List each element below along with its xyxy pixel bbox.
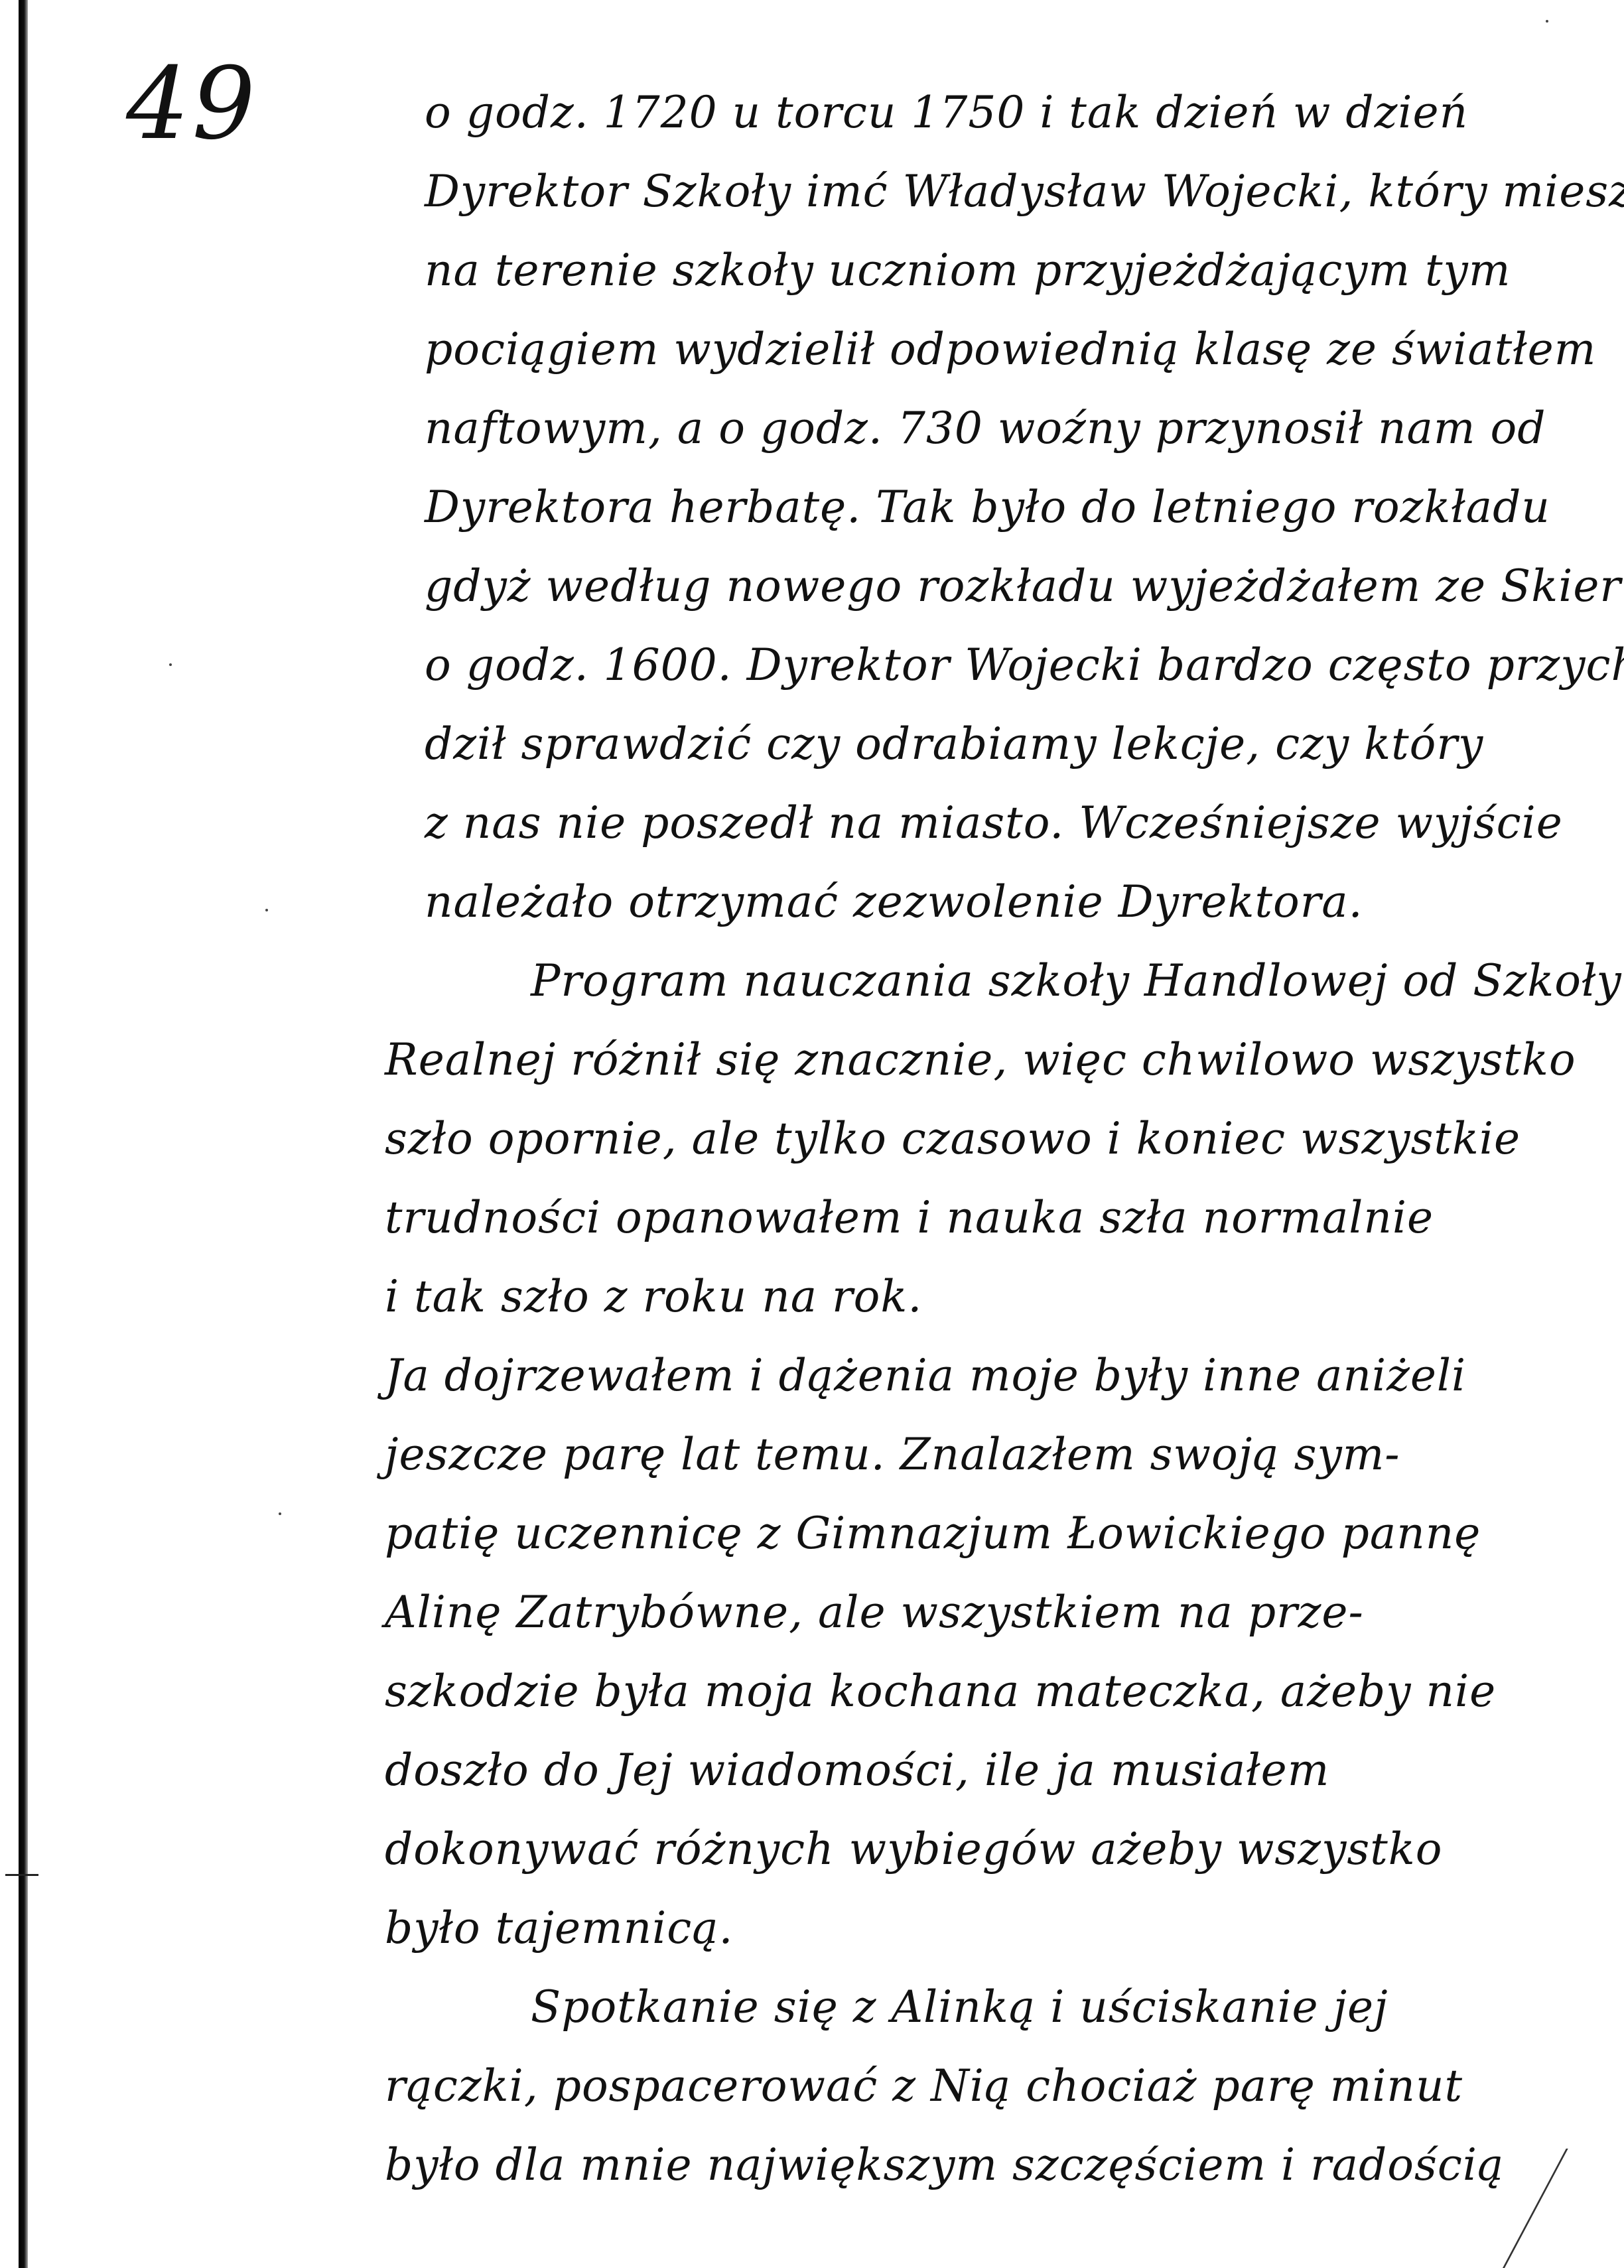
text-line: o godz. 1720 u torcu 1750 i tak dzień w … [425,73,1579,152]
paper-speck [169,663,172,666]
text-line: szło opornie, ale tylko czasowo i koniec… [385,1099,1579,1178]
text-line: gdyż według nowego rozkładu wyjeżdżałem … [425,547,1579,626]
text-line: doszło do Jej wiadomości, ile ja musiałe… [385,1731,1579,1810]
binding-mark [5,1874,38,1876]
paragraph-start-line: Program nauczania szkoły Handlowej od Sz… [425,941,1579,1020]
text-line: rączki, pospacerować z Nią chociaż parę … [385,2046,1579,2125]
text-line: Dyrektora herbatę. Tak było do letniego … [425,468,1579,547]
text-line: jeszcze parę lat temu. Znalazłem swoją s… [385,1415,1579,1494]
paper-speck [265,909,268,911]
paragraph-start-line: Spotkanie się z Alinką i uściskanie jej [425,1968,1579,2046]
text-line: o godz. 1600. Dyrektor Wojecki bardzo cz… [425,626,1579,704]
text-line: szkodzie była moja kochana mateczka, aże… [385,1652,1579,1731]
text-line: należało otrzymać zezwolenie Dyrektora. [425,862,1579,941]
paper-speck [1546,20,1548,23]
text-line: i tak szło z roku na rok. [385,1257,1579,1336]
text-line: patię uczennicę z Gimnazjum Łowickiego p… [385,1494,1579,1573]
text-line: Alinę Zatrybówne, ale wszystkiem na prze… [385,1573,1579,1652]
text-line: z nas nie poszedł na miasto. Wcześniejsz… [425,783,1579,862]
paper-speck [279,1512,281,1515]
text-line: było tajemnicą. [385,1889,1579,1968]
text-line: Dyrektor Szkoły imć Władysław Wojecki, k… [425,152,1579,231]
page-number: 49 [126,46,258,162]
page-binding-edge [19,0,28,2268]
text-line: na terenie szkoły uczniom przyjeżdżający… [425,231,1579,310]
text-line: trudności opanowałem i nauka szła normal… [385,1178,1579,1257]
text-line: dokonywać różnych wybiegów ażeby wszystk… [385,1810,1579,1889]
text-line: było dla mnie największym szczęściem i r… [385,2125,1579,2204]
handwritten-text-block: o godz. 1720 u torcu 1750 i tak dzień w … [425,73,1579,2204]
text-line: dził sprawdzić czy odrabiamy lekcje, czy… [425,704,1579,783]
paragraph-start-line: Ja dojrzewałem i dążenia moje były inne … [385,1336,1579,1415]
text-line: Realnej różnił się znacznie, więc chwilo… [385,1020,1579,1099]
text-line: pociągiem wydzielił odpowiednią klasę ze… [425,310,1579,389]
text-line: naftowym, a o godz. 730 woźny przynosił … [425,389,1579,468]
